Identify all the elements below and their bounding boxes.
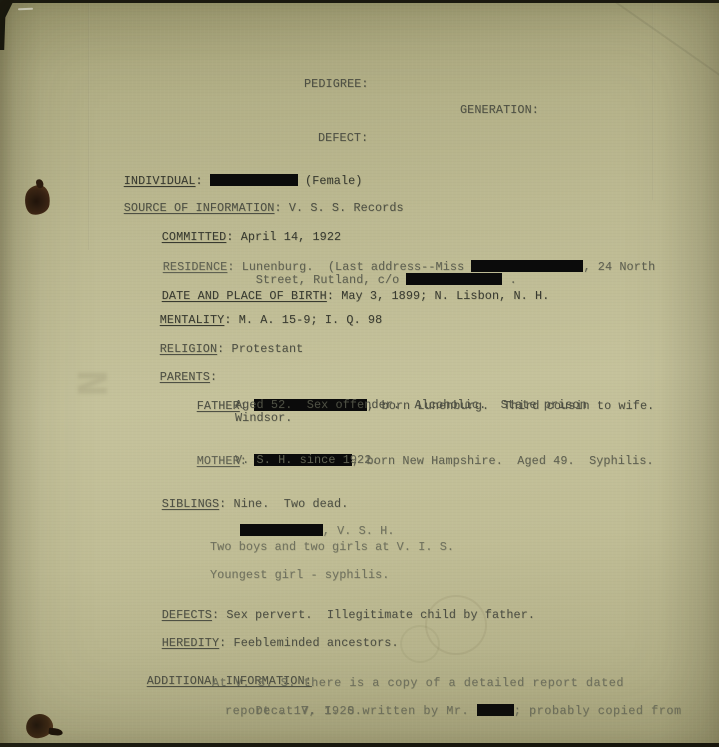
ink-blot-top	[23, 183, 52, 216]
generation-label: GENERATION:	[460, 103, 539, 117]
field-mother-line2: V. S. H. since 1922.	[235, 454, 379, 467]
defect-heading: DEFECT:	[318, 132, 368, 145]
generation-heading: GENERATION:	[460, 104, 539, 117]
ink-blot-bottom	[25, 713, 54, 740]
redaction-sibling-name	[240, 524, 323, 536]
photo-edge-corner	[0, 0, 14, 50]
redaction-mr-name	[477, 704, 514, 716]
religion-label: RELIGION	[160, 342, 217, 356]
mother-value-1: , born New Hampshire. Aged 49. Syphilis.	[352, 454, 654, 468]
father-value-2: Aged 52. Sex offender. Alcoholic. State …	[235, 398, 587, 412]
source-label: SOURCE OF INFORMATION	[124, 201, 275, 215]
heredity-label: HEREDITY	[162, 636, 219, 650]
siblings-value: : Nine. Two dead.	[219, 497, 348, 511]
mother-label: MOTHER	[197, 454, 240, 468]
paper-crease	[88, 0, 90, 250]
heredity-value: : Feebleminded ancestors.	[219, 636, 398, 650]
individual-sex: (Female)	[298, 174, 363, 188]
source-value: : V. S. S. Records	[274, 201, 403, 215]
committed-label: COMMITTED	[162, 230, 227, 244]
parents-label: PARENTS	[160, 370, 210, 384]
paper-crease	[599, 0, 719, 83]
field-father-line3: Windsor.	[235, 412, 292, 425]
religion-value: : Protestant	[217, 342, 303, 356]
faint-pencil-mark: N	[88, 370, 114, 490]
defect-label: DEFECT:	[318, 131, 368, 145]
additional-info-line1: At V. S. S. there is a copy of a detaile…	[212, 677, 624, 690]
mother-value-2: V. S. H. since 1922.	[235, 453, 379, 467]
additional-info-line3: report at V. I. S.	[225, 705, 362, 718]
father-value-3: Windsor.	[235, 411, 292, 425]
mentality-value: : M. A. 15-9; I. Q. 98	[224, 313, 382, 327]
field-siblings-line3: Two boys and two girls at V. I. S.	[210, 541, 454, 554]
residence-value-2: , 24 North	[583, 260, 655, 274]
separator: :	[196, 174, 210, 188]
pedigree-label: PEDIGREE:	[304, 77, 369, 91]
committed-value: : April 14, 1922	[226, 230, 341, 244]
siblings-value-2: , V. S. H.	[323, 524, 395, 538]
field-heredity: HEREDITY: Feebleminded ancestors.	[133, 624, 399, 663]
redaction-individual-name	[210, 174, 298, 186]
mentality-label: MENTALITY	[160, 313, 225, 327]
photo-edge-bottom	[0, 743, 719, 747]
siblings-label: SIBLINGS	[162, 497, 219, 511]
additional-text-4: report at V. I. S.	[225, 704, 362, 718]
individual-label: INDIVIDUAL	[124, 174, 196, 188]
siblings-value-3: Two boys and two girls at V. I. S.	[210, 540, 454, 554]
photo-edge-top	[0, 0, 719, 3]
additional-text-1: At V. S. S. there is a copy of a detaile…	[212, 676, 624, 690]
siblings-value-4: Youngest girl - syphilis.	[210, 568, 389, 582]
parents-colon: :	[210, 370, 217, 384]
defects-label: DEFECTS	[162, 608, 212, 622]
document-photo: N PEDIGREE: GENERATION: DEFECT: INDIVIDU…	[0, 0, 719, 747]
pedigree-heading: PEDIGREE:	[304, 78, 369, 91]
paper-scratch	[18, 8, 33, 11]
residence-label: RESIDENCE	[163, 260, 228, 274]
field-siblings-line4: Youngest girl - syphilis.	[210, 569, 389, 582]
defects-value: : Sex pervert. Illegitimate child by fat…	[212, 608, 535, 622]
additional-text-3: ; probably copied from	[514, 704, 682, 718]
father-label: FATHER	[197, 399, 240, 413]
